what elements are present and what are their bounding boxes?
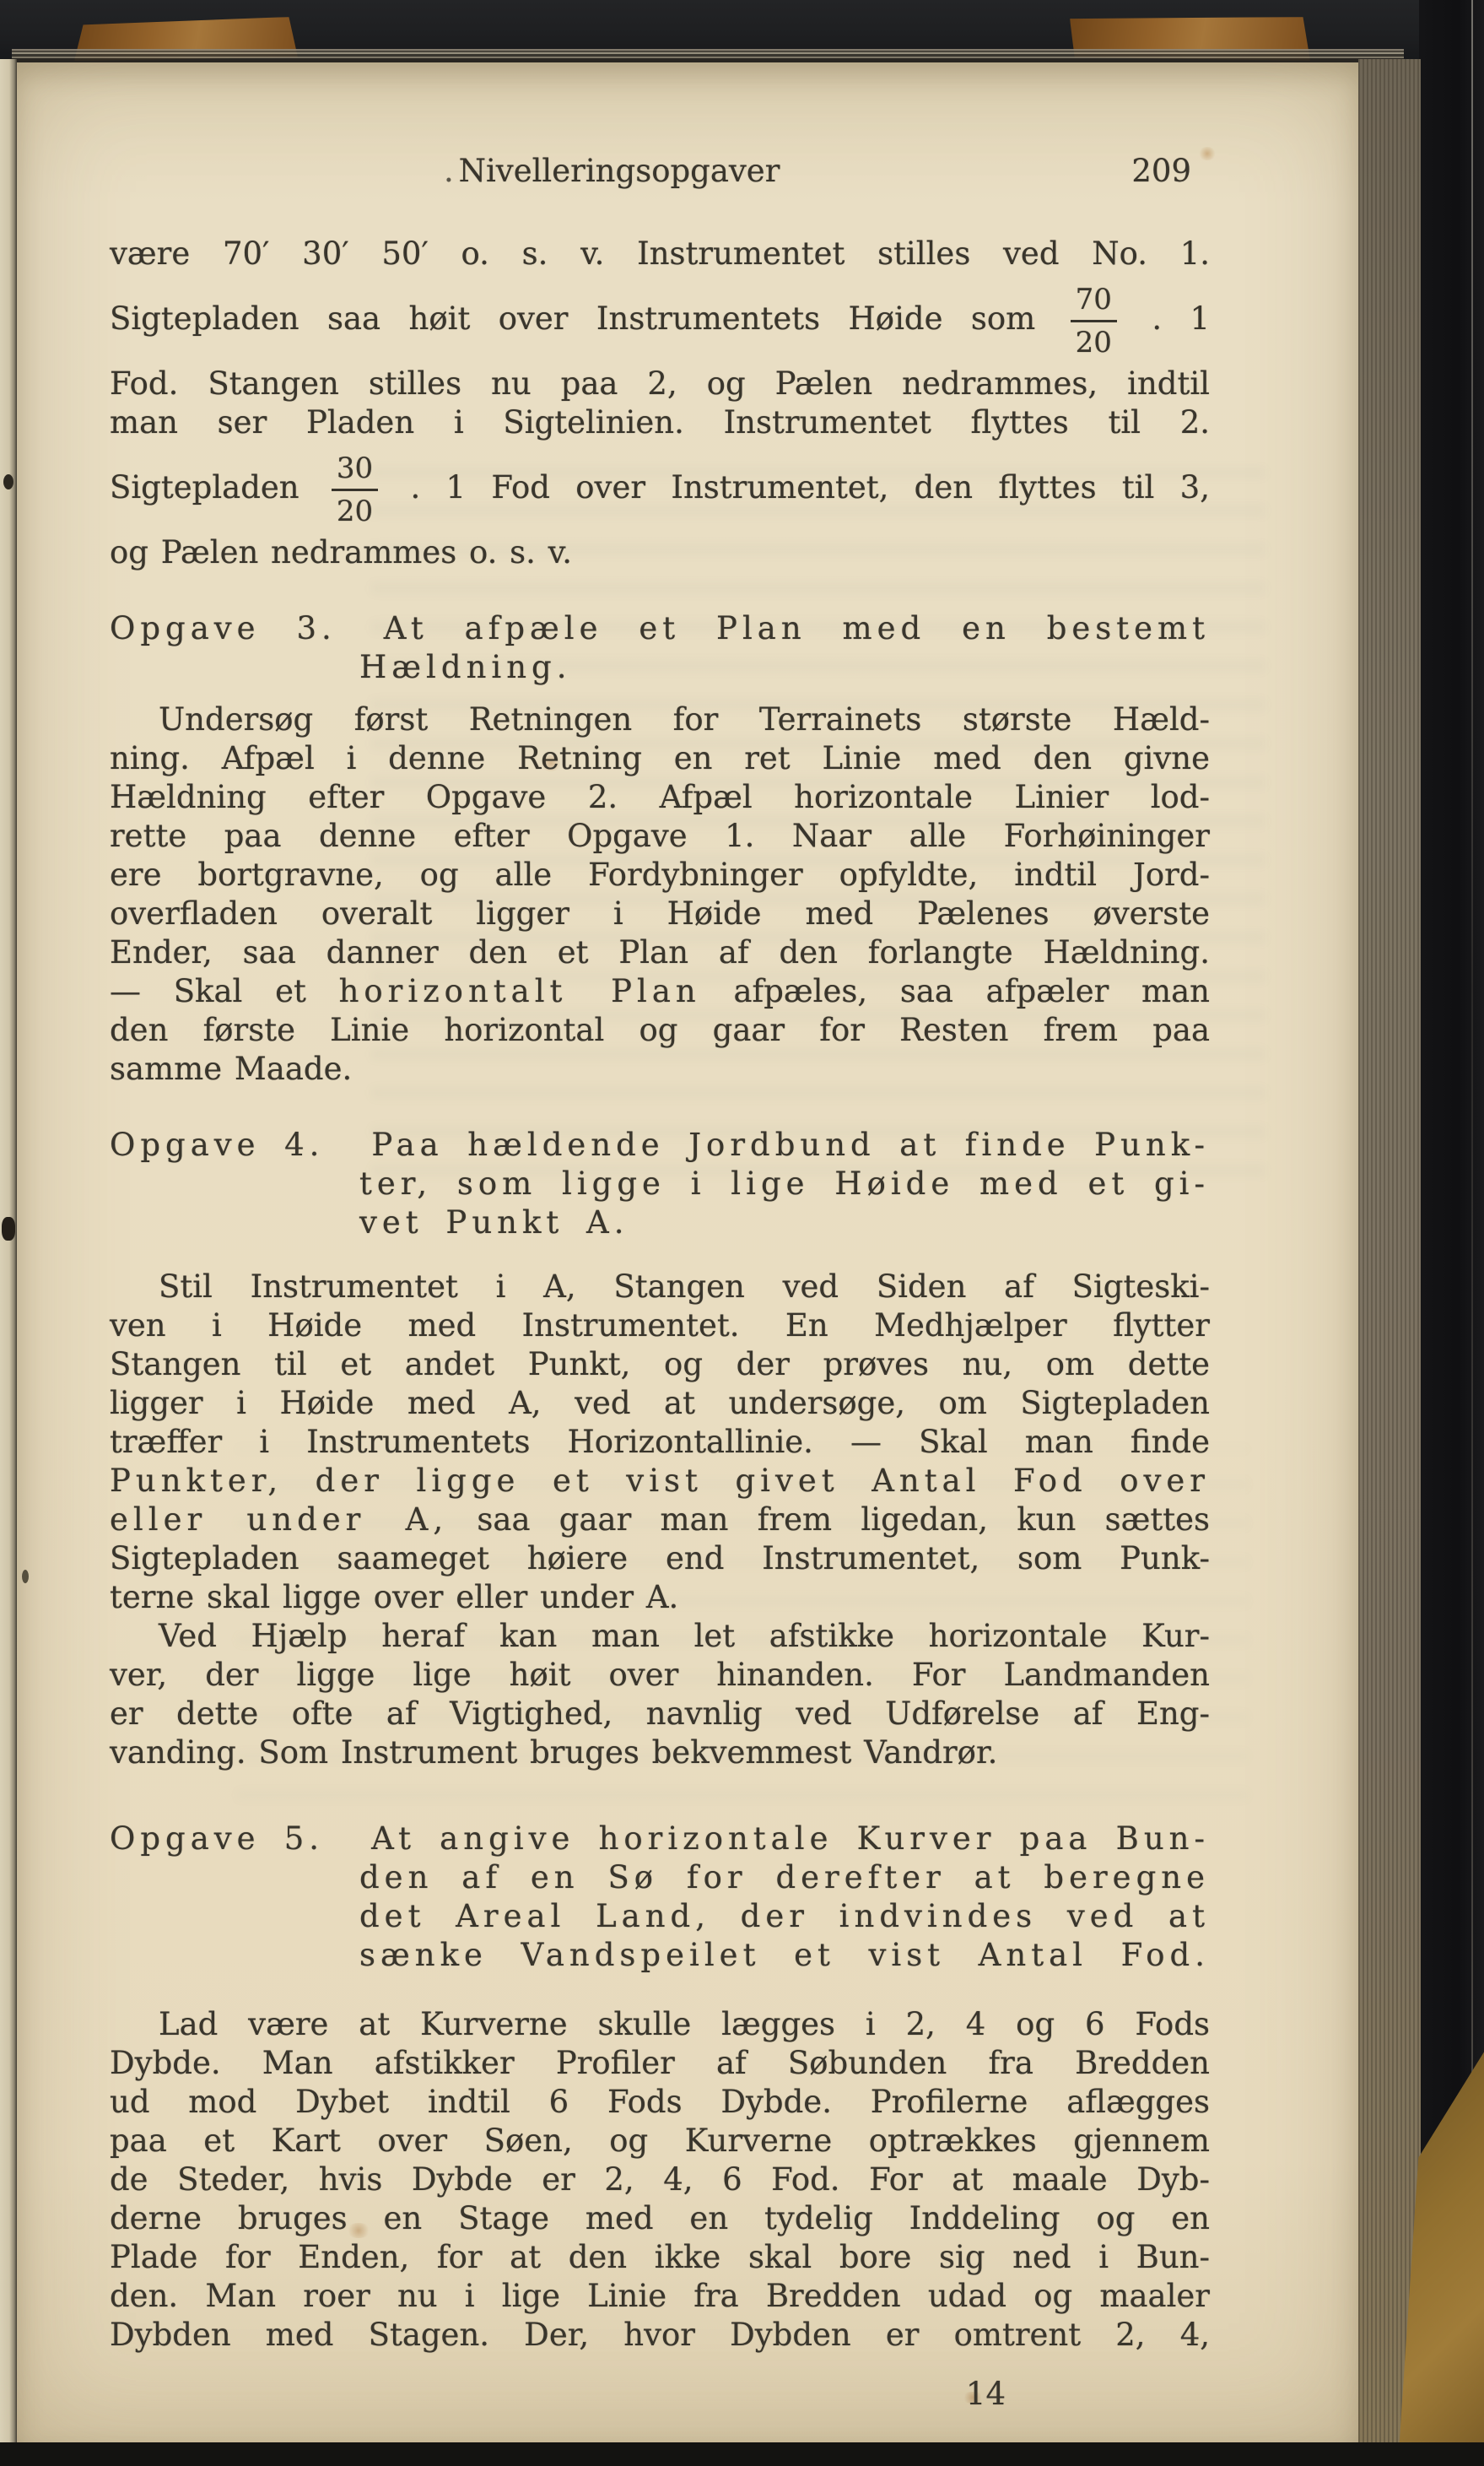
text-line: man ser Pladen i Sigtelinien. Instrument… bbox=[110, 403, 1210, 442]
text-segment: Lad være at Kurverne skulle lægges i 2, … bbox=[159, 2006, 1210, 2042]
opgave-label: Opgave 4. bbox=[110, 1127, 324, 1163]
text-line: Undersøg først Retningen for Terrainets … bbox=[110, 700, 1210, 739]
text-segment: Undersøg først Retningen for Terrainets … bbox=[159, 701, 1210, 738]
text-line: træffer i Instrumentets Horizontallinie.… bbox=[110, 1423, 1210, 1462]
text-line: ver, der ligge lige høit over hinanden. … bbox=[110, 1656, 1210, 1695]
text-segment: afpæles, saa afpæler man bbox=[733, 973, 1210, 1009]
text-line: Sigtepladen saameget høiere end Instrume… bbox=[110, 1539, 1210, 1578]
fraction-numerator: 30 bbox=[332, 454, 378, 489]
heading-line: ter, som ligge i lige Høide med et gi- bbox=[110, 1165, 1210, 1203]
text-line: de Steder, hvis Dybde er 2, 4, 6 Fod. Fo… bbox=[110, 2160, 1210, 2199]
text-line: eller under A, saa gaar man frem ligedan… bbox=[110, 1501, 1210, 1539]
text-segment: saa gaar man frem ligedan, kun sættes bbox=[477, 1501, 1210, 1538]
text-line: overfladen overalt ligger i Høide med Pæ… bbox=[110, 895, 1210, 933]
text-segment: . 1 bbox=[1152, 300, 1210, 337]
heading-line: den af en Sø for derefter at beregne bbox=[110, 1858, 1210, 1897]
text-line: ligger i Høide med A, ved at undersøge, … bbox=[110, 1384, 1210, 1423]
heading-line: sænke Vandspeilet et vist Antal Fod. bbox=[110, 1936, 1210, 1975]
heading-line: Opgave 5.At angive horizontale Kurver pa… bbox=[110, 1820, 1210, 1858]
running-head: . Nivelleringsopgaver 209 bbox=[110, 152, 1210, 191]
text-line: Ender, saa danner den et Plan af den for… bbox=[110, 933, 1210, 972]
text-line: Sigtepladen 3020 . 1 Fod over Instrument… bbox=[110, 442, 1210, 533]
fraction-denominator: 20 bbox=[1071, 320, 1117, 357]
text-segment: Stil Instrumentet i A, Stangen ved Siden… bbox=[159, 1268, 1210, 1305]
text-line: rette paa denne efter Opgave 1. Naar all… bbox=[110, 817, 1210, 856]
paragraph-5: Lad være at Kurverne skulle lægges i 2, … bbox=[110, 2005, 1210, 2355]
heading-line: Opgave 4.Paa hældende Jordbund at finde … bbox=[110, 1126, 1210, 1165]
text-line: ven i Høide med Instrumentet. En Medhjæl… bbox=[110, 1306, 1210, 1345]
text-line: samme Maade. bbox=[110, 1050, 1210, 1089]
page-number: 209 bbox=[1131, 152, 1191, 191]
fraction: 3020 bbox=[332, 454, 378, 526]
text-line: ere bortgravne, og alle Fordybninger opf… bbox=[110, 856, 1210, 895]
signature-number: 14 bbox=[110, 2375, 1210, 2414]
text-line: Hældning efter Opgave 2. Afpæl horizonta… bbox=[110, 778, 1210, 817]
heading-opgave-4: Opgave 4.Paa hældende Jordbund at finde … bbox=[110, 1126, 1210, 1242]
text-line: den. Man roer nu i lige Linie fra Bredde… bbox=[110, 2277, 1210, 2316]
text-line: den første Linie horizontal og gaar for … bbox=[110, 1011, 1210, 1050]
book-page: . Nivelleringsopgaver 209 være 70′ 30′ 5… bbox=[17, 62, 1358, 2442]
text-line: Stil Instrumentet i A, Stangen ved Siden… bbox=[110, 1268, 1210, 1306]
text-segment: Sigtepladen saa høit over Instrumentets … bbox=[110, 300, 1035, 337]
text-line: Fod. Stangen stilles nu paa 2, og Pælen … bbox=[110, 365, 1210, 403]
scanner-background-bottom bbox=[0, 2442, 1484, 2466]
heading-line: Opgave 3.At afpæle et Plan med en bestem… bbox=[110, 609, 1210, 648]
page-stack-fore-edge bbox=[1358, 59, 1421, 2446]
text-segment: Ved Hjælp heraf kan man let afstikke hor… bbox=[159, 1618, 1210, 1654]
text-segment: Sigtepladen bbox=[110, 469, 299, 506]
paragraph-4: Ved Hjælp heraf kan man let afstikke hor… bbox=[110, 1617, 1210, 1772]
text-line: være 70′ 30′ 50′ o. s. v. Instrumentet s… bbox=[110, 235, 1210, 273]
text-line: ud mod Dybet indtil 6 Fods Dybde. Profil… bbox=[110, 2083, 1210, 2122]
heading-opgave-3: Opgave 3.At afpæle et Plan med en bestem… bbox=[110, 609, 1210, 687]
heading-opgave-5: Opgave 5.At angive horizontale Kurver pa… bbox=[110, 1820, 1210, 1975]
heading-text: At afpæle et Plan med en bestemt bbox=[384, 610, 1210, 646]
fraction-numerator: 70 bbox=[1071, 285, 1117, 320]
fraction-denominator: 20 bbox=[332, 489, 378, 526]
text-line: Stangen til et andet Punkt, og der prøve… bbox=[110, 1345, 1210, 1384]
text-line: derne bruges en Stage med en tydelig Ind… bbox=[110, 2199, 1210, 2238]
text-column: . Nivelleringsopgaver 209 være 70′ 30′ 5… bbox=[110, 62, 1210, 2414]
stray-mark: . bbox=[444, 152, 454, 191]
text-line: Sigtepladen saa høit over Instrumentets … bbox=[110, 273, 1210, 365]
text-line: Plade for Enden, for at den ikke skal bo… bbox=[110, 2238, 1210, 2277]
heading-line: vet Punkt A. bbox=[110, 1203, 1210, 1242]
text-line: — Skal et horizontalt Plan afpæles, saa … bbox=[110, 972, 1210, 1011]
spaced-text-segment: eller under A, bbox=[110, 1501, 448, 1538]
book-scan: . Nivelleringsopgaver 209 være 70′ 30′ 5… bbox=[0, 0, 1484, 2466]
spaced-text-segment: horizontalt Plan bbox=[339, 973, 701, 1009]
heading-text: At angive horizontale Kurver paa Bun- bbox=[371, 1820, 1210, 1857]
heading-text: Paa hældende Jordbund at finde Punk- bbox=[371, 1127, 1210, 1163]
fraction: 7020 bbox=[1071, 285, 1117, 357]
text-line: paa et Kart over Søen, og Kurverne optræ… bbox=[110, 2122, 1210, 2160]
page-title: Nivelleringsopgaver bbox=[459, 153, 780, 189]
text-segment: — Skal et bbox=[110, 973, 306, 1009]
text-line: Lad være at Kurverne skulle lægges i 2, … bbox=[110, 2005, 1210, 2044]
text-line: vanding. Som Instrument bruges bekvemmes… bbox=[110, 1733, 1210, 1772]
text-line: Punkter, der ligge et vist givet Antal F… bbox=[110, 1462, 1210, 1501]
heading-line: det Areal Land, der indvindes ved at bbox=[110, 1897, 1210, 1936]
paragraph-1: være 70′ 30′ 50′ o. s. v. Instrumentet s… bbox=[110, 235, 1210, 572]
adjacent-page-edge bbox=[0, 59, 17, 2442]
text-line: ning. Afpæl i denne Retning en ret Linie… bbox=[110, 739, 1210, 778]
opgave-label: Opgave 5. bbox=[110, 1820, 324, 1857]
text-line: terne skal ligge over eller under A. bbox=[110, 1578, 1210, 1617]
text-line: og Pælen nedrammes o. s. v. bbox=[110, 533, 1210, 572]
text-line: er dette ofte af Vigtighed, navnlig ved … bbox=[110, 1695, 1210, 1733]
text-line: Dybden med Stagen. Der, hvor Dybden er o… bbox=[110, 2316, 1210, 2355]
paragraph-2: Undersøg først Retningen for Terrainets … bbox=[110, 700, 1210, 1089]
paragraph-3: Stil Instrumentet i A, Stangen ved Siden… bbox=[110, 1268, 1210, 1617]
opgave-label: Opgave 3. bbox=[110, 610, 337, 646]
ink-speck bbox=[22, 1570, 29, 1583]
text-line: Ved Hjælp heraf kan man let afstikke hor… bbox=[110, 1617, 1210, 1656]
heading-line: Hældning. bbox=[110, 648, 1210, 687]
text-line: Dybde. Man afstikker Profiler af Søbunde… bbox=[110, 2044, 1210, 2083]
text-segment: . 1 Fod over Instrumentet, den flyttes t… bbox=[410, 469, 1210, 506]
